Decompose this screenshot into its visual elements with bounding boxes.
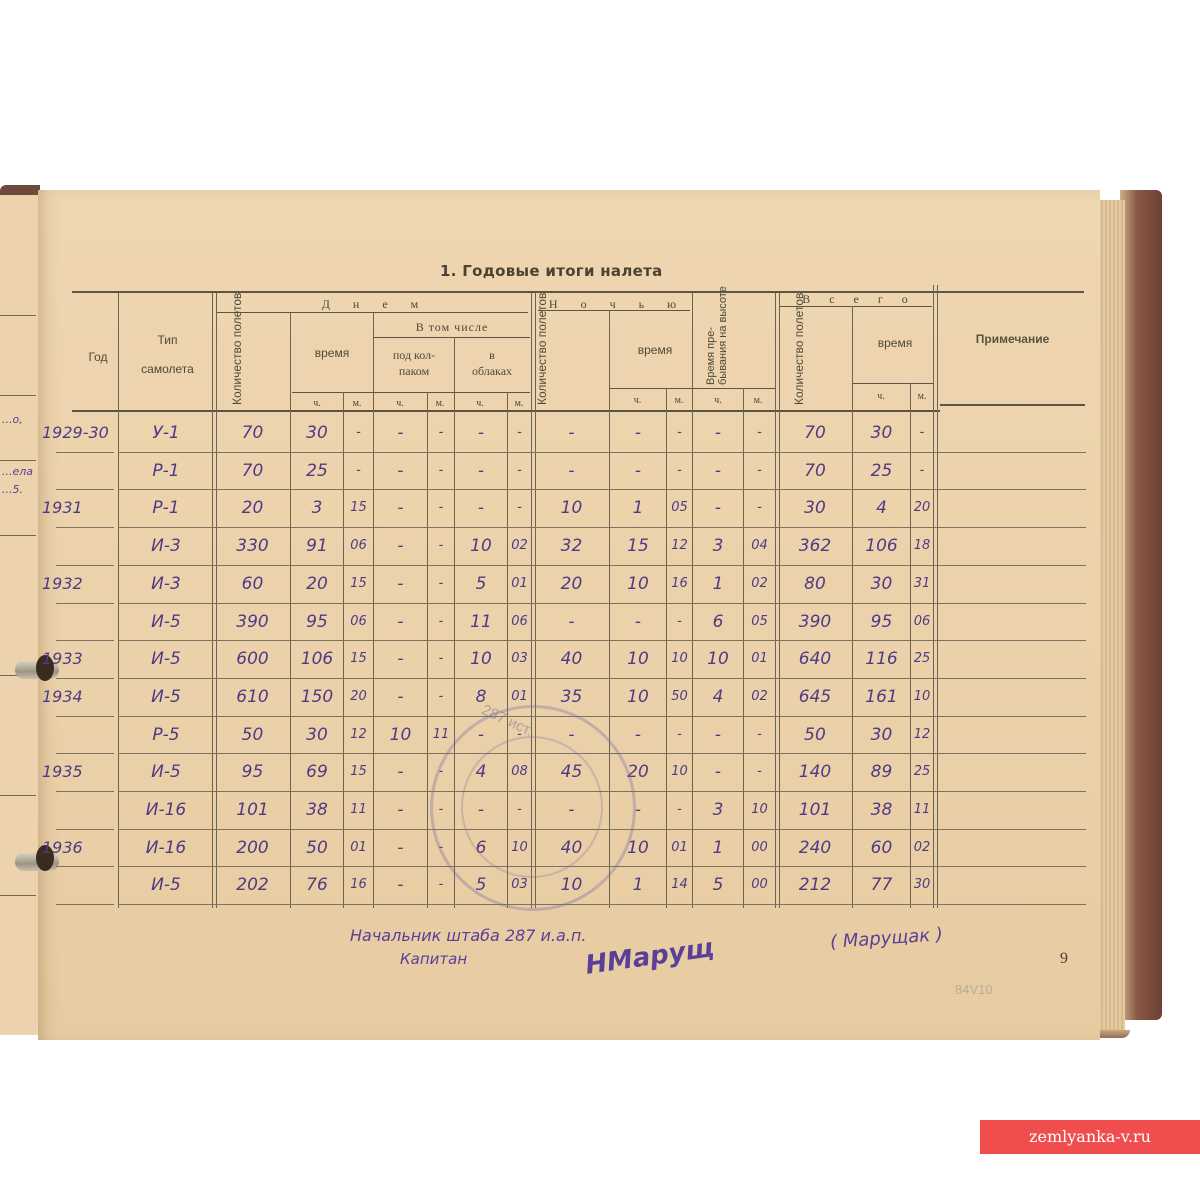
cell-aircraft: И-3 [120, 535, 212, 557]
cell-day-h: 95 [291, 611, 343, 633]
cell-total-h: 106 [853, 535, 910, 557]
cell-day-h: 69 [291, 761, 343, 783]
cell-night-m: 50 [667, 686, 692, 708]
cell-hood-h: - [374, 611, 427, 633]
cell-alt-m: 00 [744, 837, 775, 859]
cell-night-flights: 32 [534, 535, 609, 557]
cell-day-flights: 60 [215, 573, 290, 595]
left-page-note: ...о, [2, 413, 23, 426]
year-rule [56, 829, 114, 830]
cell-night-flights: - [534, 611, 609, 633]
cell-alt-h: - [693, 460, 743, 482]
cell-total-m: - [911, 460, 933, 482]
cell-aircraft: И-5 [120, 611, 212, 633]
header-in-clouds: облаках [454, 364, 530, 379]
left-rule [0, 395, 36, 396]
row-rule [118, 678, 1086, 679]
cell-alt-m: 02 [744, 573, 775, 595]
cell-alt-m: - [744, 422, 775, 444]
header-minutes: м. [665, 393, 693, 408]
cell-night-flights: 40 [534, 648, 609, 670]
cell-total-h: 116 [853, 648, 910, 670]
header-including: В том числе [374, 320, 530, 335]
header-minutes: м. [743, 393, 773, 408]
cell-aircraft: И-5 [120, 761, 212, 783]
cell-total-flights: 30 [778, 497, 852, 519]
cell-total-m: 12 [911, 724, 933, 746]
cell-day-flights: 20 [215, 497, 290, 519]
cell-night-m: 16 [667, 573, 692, 595]
cell-aircraft: Р-1 [120, 497, 212, 519]
cell-clouds-m: 02 [508, 535, 531, 557]
cell-clouds-h: 10 [455, 535, 507, 557]
header-altitude-time: Время пре-бывания на высоте [705, 285, 729, 385]
header-year: Год [78, 350, 118, 365]
header-hours: ч. [454, 396, 506, 411]
cell-aircraft: И-16 [120, 799, 212, 821]
cell-alt-h: - [693, 761, 743, 783]
header-hours: ч. [852, 389, 910, 404]
cell-alt-m: 02 [744, 686, 775, 708]
cell-day-m: 06 [344, 611, 373, 633]
cell-hood-h: - [374, 422, 427, 444]
cell-total-flights: 140 [778, 761, 852, 783]
cell-total-flights: 80 [778, 573, 852, 595]
header-minutes: м. [426, 396, 454, 411]
day-rule [216, 312, 528, 313]
cell-night-h: - [610, 611, 666, 633]
cell-hood-m: - [428, 497, 454, 519]
cell-hood-h: - [374, 573, 427, 595]
cell-hood-m: - [428, 422, 454, 444]
cell-total-h: 161 [853, 686, 910, 708]
cell-night-m: - [667, 422, 692, 444]
cell-year: 1929-30 [42, 422, 118, 444]
cell-aircraft: И-5 [120, 648, 212, 670]
page-number: 9 [1060, 950, 1068, 968]
cell-alt-m: 01 [744, 648, 775, 670]
cell-day-flights: 70 [215, 422, 290, 444]
row-rule [118, 489, 1086, 490]
cell-night-h: 15 [610, 535, 666, 557]
cell-night-flights: 35 [534, 686, 609, 708]
header-total-flights: Количество полетов [792, 295, 806, 405]
cell-alt-h: 4 [693, 686, 743, 708]
header-under-hood: паком [374, 364, 454, 379]
cell-alt-m: - [744, 497, 775, 519]
time-sub-rule [292, 392, 530, 393]
cell-day-h: 25 [291, 460, 343, 482]
cell-clouds-h: 8 [455, 686, 507, 708]
cell-night-flights: 10 [534, 497, 609, 519]
cell-day-h: 38 [291, 799, 343, 821]
cell-alt-m: 04 [744, 535, 775, 557]
cell-night-flights: - [534, 460, 609, 482]
header-night-flights: Количество полетов [535, 295, 549, 405]
cell-night-h: - [610, 724, 666, 746]
cell-aircraft: И-3 [120, 573, 212, 595]
cell-day-flights: 50 [215, 724, 290, 746]
cell-night-h: - [610, 422, 666, 444]
cell-total-m: 02 [911, 837, 933, 859]
cell-day-flights: 95 [215, 761, 290, 783]
cell-year: 1931 [42, 497, 118, 519]
cell-night-m: - [667, 799, 692, 821]
header-in-clouds: в [454, 348, 530, 363]
year-rule [56, 527, 114, 528]
cell-year: 1933 [42, 648, 118, 670]
cell-aircraft: Р-1 [120, 460, 212, 482]
cell-hood-h: - [374, 686, 427, 708]
cell-aircraft: И-5 [120, 874, 212, 896]
cell-hood-h: - [374, 535, 427, 557]
cell-alt-h: 1 [693, 837, 743, 859]
left-rule [0, 460, 36, 461]
cell-day-m: 15 [344, 573, 373, 595]
cell-clouds-h: 11 [455, 611, 507, 633]
header-aircraft-type: самолета [120, 362, 215, 377]
header-total: В с е г о [785, 292, 933, 307]
cell-total-m: 20 [911, 497, 933, 519]
cell-hood-m: - [428, 611, 454, 633]
cell-day-m: 11 [344, 799, 373, 821]
cell-year: 1934 [42, 686, 118, 708]
cell-hood-h: - [374, 497, 427, 519]
cell-day-flights: 600 [215, 648, 290, 670]
including-rule [374, 337, 530, 338]
cell-total-h: 77 [853, 874, 910, 896]
cell-alt-h: 3 [693, 799, 743, 821]
cell-night-m: - [667, 460, 692, 482]
cell-aircraft: Р-5 [120, 724, 212, 746]
official-stamp [430, 705, 636, 911]
header-minutes: м. [342, 396, 372, 411]
cell-alt-h: 6 [693, 611, 743, 633]
cell-night-m: 10 [667, 761, 692, 783]
cell-alt-m: 00 [744, 874, 775, 896]
header-day-time: время [292, 346, 372, 361]
cell-total-h: 89 [853, 761, 910, 783]
cell-year: 1936 [42, 837, 118, 859]
cell-day-h: 20 [291, 573, 343, 595]
cell-alt-h: 5 [693, 874, 743, 896]
cell-total-flights: 50 [778, 724, 852, 746]
cell-year: 1932 [42, 573, 118, 595]
cell-clouds-h: - [455, 460, 507, 482]
cell-total-h: 30 [853, 422, 910, 444]
cell-hood-h: - [374, 837, 427, 859]
cell-alt-h: 1 [693, 573, 743, 595]
year-rule [56, 678, 114, 679]
left-page-note: ...5. [2, 483, 23, 496]
cell-day-m: - [344, 422, 373, 444]
cell-aircraft: У-1 [120, 422, 212, 444]
cell-alt-h: - [693, 497, 743, 519]
left-rule [0, 895, 36, 896]
header-hours: ч. [374, 396, 426, 411]
cell-hood-h: - [374, 799, 427, 821]
cell-clouds-h: 5 [455, 573, 507, 595]
row-rule [118, 452, 1086, 453]
signature-rank: Капитан [400, 950, 467, 968]
signature-title: Начальник штаба 287 и.а.п. [350, 926, 586, 945]
cell-hood-h: - [374, 648, 427, 670]
header-remarks: Примечание [940, 332, 1085, 347]
cell-night-m: 10 [667, 648, 692, 670]
year-rule [56, 791, 114, 792]
cell-day-flights: 330 [215, 535, 290, 557]
cell-night-flights: 20 [534, 573, 609, 595]
cell-day-m: 20 [344, 686, 373, 708]
header-night-time: время [615, 343, 695, 358]
left-page-note: ...ела [2, 465, 33, 478]
header-hours: ч. [693, 393, 743, 408]
cell-clouds-h: - [455, 497, 507, 519]
cell-total-flights: 70 [778, 460, 852, 482]
year-rule [56, 452, 114, 453]
cell-total-flights: 212 [778, 874, 852, 896]
cell-day-h: 91 [291, 535, 343, 557]
cell-day-h: 150 [291, 686, 343, 708]
grid-line [118, 293, 119, 908]
site-watermark: zemlyanka-v.ru [980, 1120, 1200, 1154]
cell-hood-m: - [428, 535, 454, 557]
cell-clouds-m: - [508, 460, 531, 482]
cell-night-h: 10 [610, 648, 666, 670]
cell-total-m: 25 [911, 761, 933, 783]
grid-line-double [933, 285, 938, 908]
header-day: Д н е м [220, 297, 530, 312]
cell-day-h: 106 [291, 648, 343, 670]
cell-total-h: 38 [853, 799, 910, 821]
cell-hood-m: - [428, 460, 454, 482]
cell-day-h: 3 [291, 497, 343, 519]
row-rule [118, 565, 1086, 566]
cell-total-m: 06 [911, 611, 933, 633]
cell-day-flights: 200 [215, 837, 290, 859]
year-rule [56, 904, 114, 905]
cell-hood-m: - [428, 874, 454, 896]
year-rule [56, 753, 114, 754]
cell-day-flights: 610 [215, 686, 290, 708]
total-sub-rule [852, 383, 934, 384]
pencil-note: 84V10 [955, 982, 993, 997]
cell-day-m: 15 [344, 497, 373, 519]
cell-clouds-m: 06 [508, 611, 531, 633]
header-bottom-rule-remarks [940, 404, 1085, 406]
cell-clouds-h: 10 [455, 648, 507, 670]
header-hours: ч. [292, 396, 342, 411]
year-rule [56, 603, 114, 604]
cell-night-h: 10 [610, 573, 666, 595]
cell-night-m: 12 [667, 535, 692, 557]
cell-total-m: 25 [911, 648, 933, 670]
cell-day-m: 12 [344, 724, 373, 746]
year-rule [56, 565, 114, 566]
row-rule [118, 904, 1086, 905]
cell-aircraft: И-5 [120, 686, 212, 708]
cell-hood-m: 11 [428, 724, 454, 746]
cell-night-h: 10 [610, 686, 666, 708]
cell-hood-h: - [374, 761, 427, 783]
cell-night-m: - [667, 611, 692, 633]
header-day-flights: Количество полетов [230, 295, 244, 405]
left-rule [0, 535, 36, 536]
cell-alt-h: 3 [693, 535, 743, 557]
cell-total-h: 25 [853, 460, 910, 482]
cell-total-flights: 70 [778, 422, 852, 444]
cell-aircraft: И-16 [120, 837, 212, 859]
cell-hood-m: - [428, 648, 454, 670]
cell-total-h: 30 [853, 724, 910, 746]
left-rule [0, 795, 36, 796]
cell-total-flights: 362 [778, 535, 852, 557]
header-minutes: м. [506, 396, 532, 411]
row-rule [118, 603, 1086, 604]
cell-day-flights: 70 [215, 460, 290, 482]
cell-alt-m: - [744, 761, 775, 783]
cell-clouds-m: - [508, 497, 531, 519]
cell-total-h: 95 [853, 611, 910, 633]
cell-night-m: 01 [667, 837, 692, 859]
cell-total-flights: 390 [778, 611, 852, 633]
cell-night-m: 05 [667, 497, 692, 519]
cell-alt-h: - [693, 422, 743, 444]
row-rule [118, 640, 1086, 641]
cell-night-m: 14 [667, 874, 692, 896]
cell-alt-m: 10 [744, 799, 775, 821]
header-minutes: м. [910, 389, 934, 404]
cell-total-flights: 645 [778, 686, 852, 708]
cell-total-m: 30 [911, 874, 933, 896]
book-cover-right [1120, 190, 1162, 1020]
cell-hood-h: - [374, 874, 427, 896]
cell-hood-m: - [428, 573, 454, 595]
cell-clouds-m: 01 [508, 573, 531, 595]
cell-night-h: 1 [610, 874, 666, 896]
cell-day-flights: 101 [215, 799, 290, 821]
cell-night-h: 1 [610, 497, 666, 519]
cell-day-h: 76 [291, 874, 343, 896]
header-under-hood: под кол- [374, 348, 454, 363]
cell-hood-h: - [374, 460, 427, 482]
cell-clouds-h: - [455, 422, 507, 444]
cell-alt-m: - [744, 460, 775, 482]
cell-day-h: 30 [291, 724, 343, 746]
year-rule [56, 489, 114, 490]
cell-total-m: 10 [911, 686, 933, 708]
cell-night-h: - [610, 460, 666, 482]
cell-total-m: 11 [911, 799, 933, 821]
cell-total-m: 18 [911, 535, 933, 557]
header-night: Н о ч ь ю [545, 297, 690, 312]
page-title: 1. Годовые итоги налета [440, 262, 663, 280]
cell-total-h: 30 [853, 573, 910, 595]
row-rule [118, 716, 1086, 717]
cell-night-m: - [667, 724, 692, 746]
cell-day-h: 50 [291, 837, 343, 859]
cell-total-flights: 240 [778, 837, 852, 859]
row-rule [118, 527, 1086, 528]
left-page: ...о, ...ела ...5. [0, 195, 40, 1035]
cell-clouds-m: 03 [508, 648, 531, 670]
cell-day-m: 16 [344, 874, 373, 896]
cell-night-flights: - [534, 422, 609, 444]
header-aircraft-type: Тип [120, 333, 215, 348]
cell-hood-h: 10 [374, 724, 427, 746]
cell-day-flights: 202 [215, 874, 290, 896]
cell-alt-h: 10 [693, 648, 743, 670]
cell-total-flights: 640 [778, 648, 852, 670]
cell-alt-m: - [744, 724, 775, 746]
cell-total-flights: 101 [778, 799, 852, 821]
cell-total-h: 60 [853, 837, 910, 859]
year-rule [56, 716, 114, 717]
cell-day-h: 30 [291, 422, 343, 444]
cell-hood-m: - [428, 686, 454, 708]
cell-alt-m: 05 [744, 611, 775, 633]
cell-day-m: 15 [344, 648, 373, 670]
cell-total-m: - [911, 422, 933, 444]
left-rule [0, 315, 36, 316]
cell-day-m: - [344, 460, 373, 482]
year-rule [56, 640, 114, 641]
cell-year: 1935 [42, 761, 118, 783]
cell-alt-h: - [693, 724, 743, 746]
cell-day-m: 01 [344, 837, 373, 859]
cell-day-flights: 390 [215, 611, 290, 633]
cell-day-m: 06 [344, 535, 373, 557]
cell-total-h: 4 [853, 497, 910, 519]
header-hours: ч. [610, 393, 665, 408]
cell-day-m: 15 [344, 761, 373, 783]
header-total-time: время [856, 336, 934, 351]
year-rule [56, 866, 114, 867]
cell-clouds-m: - [508, 422, 531, 444]
cell-total-m: 31 [911, 573, 933, 595]
